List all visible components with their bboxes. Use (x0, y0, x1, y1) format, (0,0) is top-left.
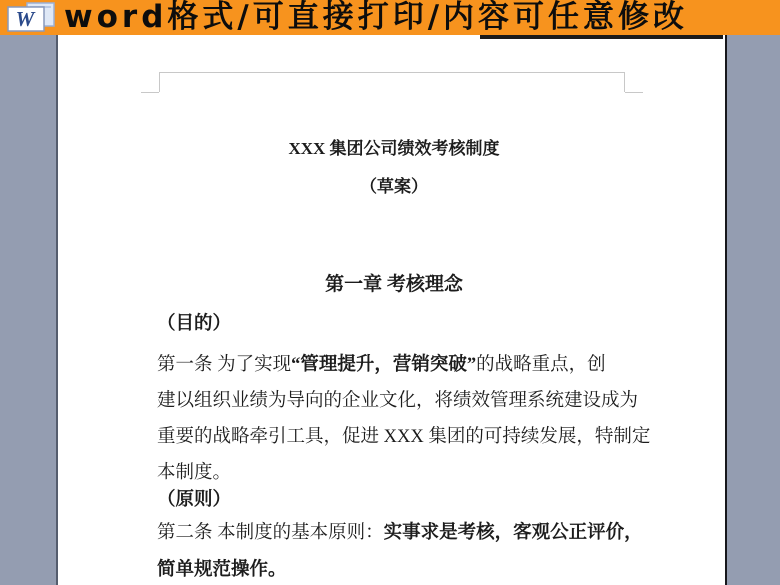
margin-crop-mark-top (159, 72, 625, 73)
word-icon-letter: W (16, 7, 36, 31)
principle-label: （原则） (157, 485, 631, 511)
document-subtitle: （草案） (157, 172, 631, 197)
article-2-line-1: 第二条 本制度的基本原则：实事求是考核，客观公正评价， (157, 515, 631, 552)
screenshot-root: W word格式/可直接打印/内容可任意修改 XXX 集团公司绩效考核制度 （草… (0, 0, 780, 585)
chapter-heading: 第一章 考核理念 (157, 269, 631, 296)
article-2-paragraph: 第二条 本制度的基本原则：实事求是考核，客观公正评价， 简单规范操作。 (157, 515, 631, 585)
document-title: XXX 集团公司绩效考核制度 (157, 134, 631, 159)
margin-crop-mark-right-tail (625, 92, 643, 93)
article-1-paragraph: 第一条 为了实现“管理提升，营销突破”的战略重点，创 建以组织业绩为导向的企业文… (157, 347, 631, 491)
margin-crop-mark-right-drop (624, 72, 625, 92)
margin-crop-mark-left-drop (159, 72, 160, 92)
article-1-line-3: 重要的战略牵引工具，促进 XXX 集团的可持续发展，特制定 (157, 419, 631, 455)
article-2-line-2: 简单规范操作。 (157, 552, 631, 585)
promo-banner: W word格式/可直接打印/内容可任意修改 (0, 0, 780, 35)
article-1-line-2: 建以组织业绩为导向的企业文化，将绩效管理系统建设成为 (157, 383, 631, 419)
margin-crop-mark-left-tail (141, 92, 159, 93)
document-page: XXX 集团公司绩效考核制度 （草案） 第一章 考核理念 （目的） 第一条 为了… (56, 35, 727, 585)
word-file-icon: W (5, 2, 58, 33)
article-1-line-1: 第一条 为了实现“管理提升，营销突破”的战略重点，创 (157, 347, 631, 383)
purpose-label: （目的） (157, 309, 631, 335)
banner-text: word格式/可直接打印/内容可任意修改 (64, 0, 688, 35)
